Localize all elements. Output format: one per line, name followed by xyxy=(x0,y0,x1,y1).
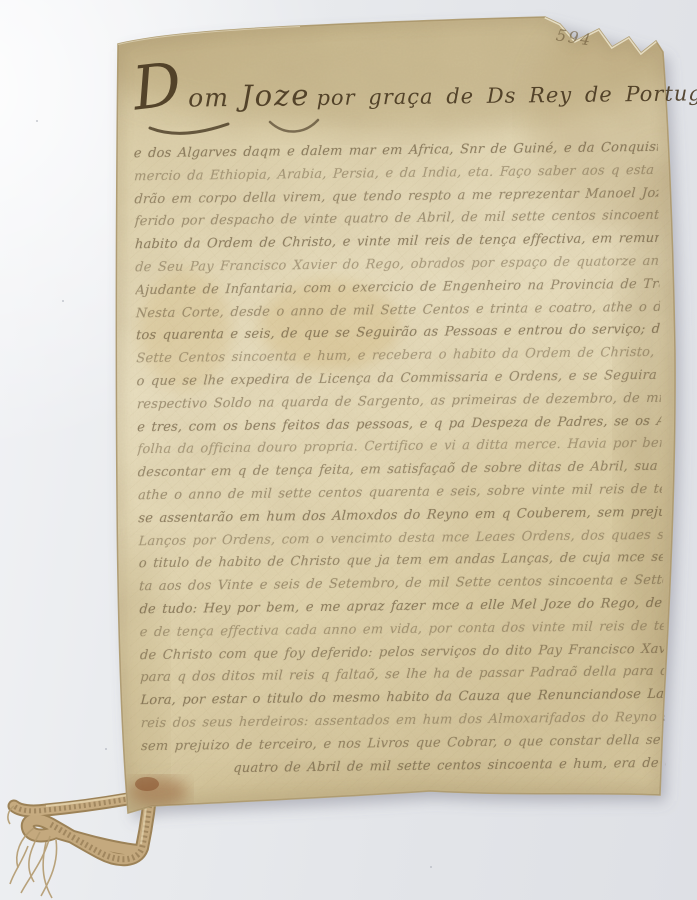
manuscript-heading: Dom Joze por graça de Ds Rey de Portugal… xyxy=(133,51,658,141)
heading-word-dom: om xyxy=(188,83,229,112)
illuminated-initial: D xyxy=(130,54,186,119)
photograph-background: 594 Dom Joze por graça de Ds Rey de Port… xyxy=(0,0,697,900)
heading-royal-style: por graça de Ds Rey de Portugal, xyxy=(316,81,697,110)
manuscript-text: Dom Joze por graça de Ds Rey de Portugal… xyxy=(133,51,666,782)
heading-royal-name: Joze xyxy=(241,78,311,113)
manuscript-lines: e dos Algarves daqm e dalem mar em Afric… xyxy=(134,137,666,782)
